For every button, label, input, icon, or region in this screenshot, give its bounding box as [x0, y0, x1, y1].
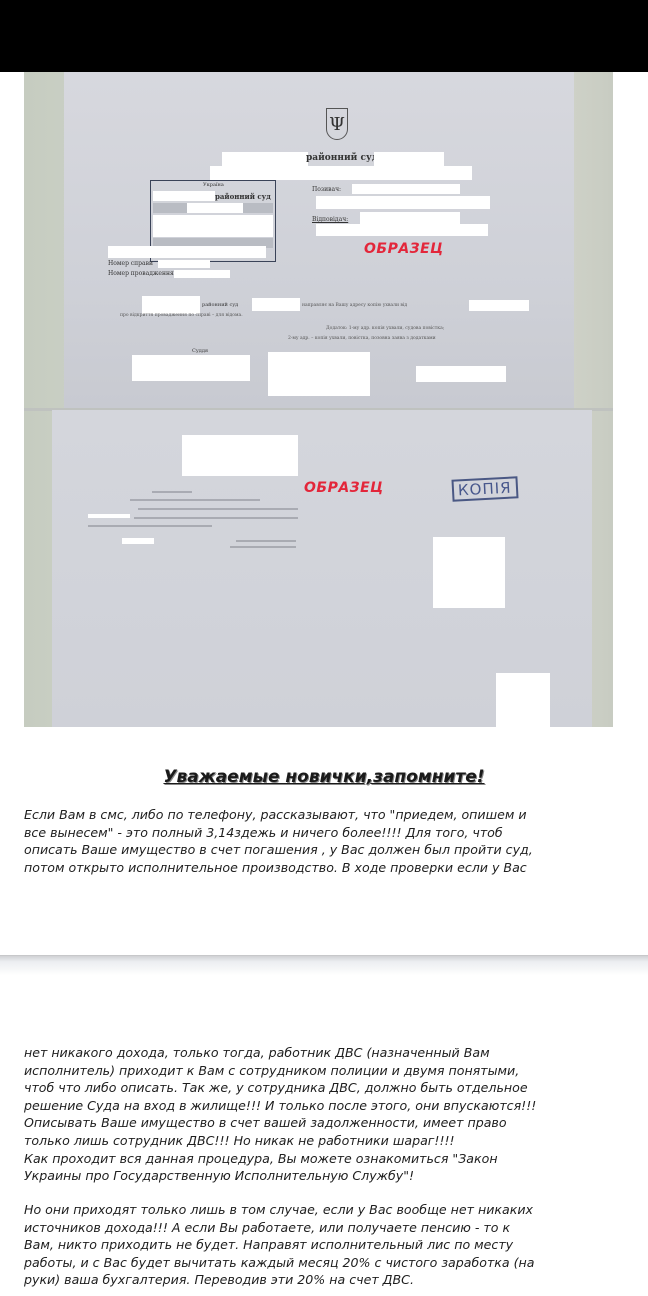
judge-label: Суддя — [192, 348, 208, 354]
redaction — [132, 355, 250, 381]
court-header: районний суд — [306, 153, 378, 163]
proceeding-number-label: Номер провадження — [108, 270, 174, 277]
redaction — [108, 246, 266, 258]
redaction — [187, 203, 243, 213]
redaction — [416, 366, 506, 382]
redaction — [142, 296, 200, 314]
page-separator — [0, 955, 648, 975]
redaction — [252, 298, 300, 311]
body-line2: про відкриття провадження по справі – дл… — [120, 313, 243, 318]
redaction — [433, 537, 505, 608]
redaction — [122, 538, 154, 544]
redaction — [222, 152, 308, 167]
redaction — [360, 212, 460, 224]
redaction — [469, 300, 529, 311]
copy-stamp: КОПІЯ — [451, 476, 518, 501]
court-notice-sheet: Ψ районний суд Україна районний суд Номе… — [64, 72, 574, 408]
stamp-country: Україна — [203, 182, 224, 188]
redaction — [210, 166, 472, 180]
paragraph-2: нет никакого дохода, только тогда, работ… — [24, 1044, 624, 1185]
paragraph-3: Но они приходят только лишь в том случае… — [24, 1201, 624, 1289]
body-court: районний суд — [202, 302, 238, 308]
redaction — [268, 352, 370, 396]
redaction — [153, 215, 273, 237]
sample-watermark: ОБРАЗЕЦ — [364, 241, 444, 257]
document-photo: Ψ районний суд Україна районний суд Номе… — [24, 72, 613, 727]
article-heading: Уважаемые новички,запомните! — [0, 767, 648, 787]
redaction — [88, 514, 130, 518]
redaction — [316, 224, 488, 236]
redaction — [496, 673, 550, 727]
redaction — [153, 191, 215, 201]
top-black-bar — [0, 0, 648, 72]
redaction — [182, 435, 298, 476]
redaction — [374, 152, 444, 167]
redaction — [158, 260, 210, 268]
body-sent: направляє на Вашу адресу копію ухвали ві… — [302, 303, 407, 308]
redaction — [352, 184, 460, 194]
sample-watermark: ОБРАЗЕЦ — [304, 480, 384, 496]
plaintiff-label: Позивач: — [312, 186, 341, 193]
case-number-label: Номер справи — [108, 260, 153, 267]
defendant-label: Відповідач: — [312, 216, 348, 223]
redaction — [316, 196, 490, 209]
redaction — [174, 270, 230, 278]
attachment-line1: Додаток: 1-му адр. копія ухвали, судова … — [326, 326, 444, 331]
stamp-court: районний суд — [215, 192, 271, 201]
paragraph-1: Если Вам в смс, либо по телефону, расска… — [24, 806, 624, 876]
coat-of-arms-icon: Ψ — [326, 108, 348, 140]
attachment-line2: 2-му адр. – копія ухвали, повістка, позо… — [288, 336, 436, 341]
